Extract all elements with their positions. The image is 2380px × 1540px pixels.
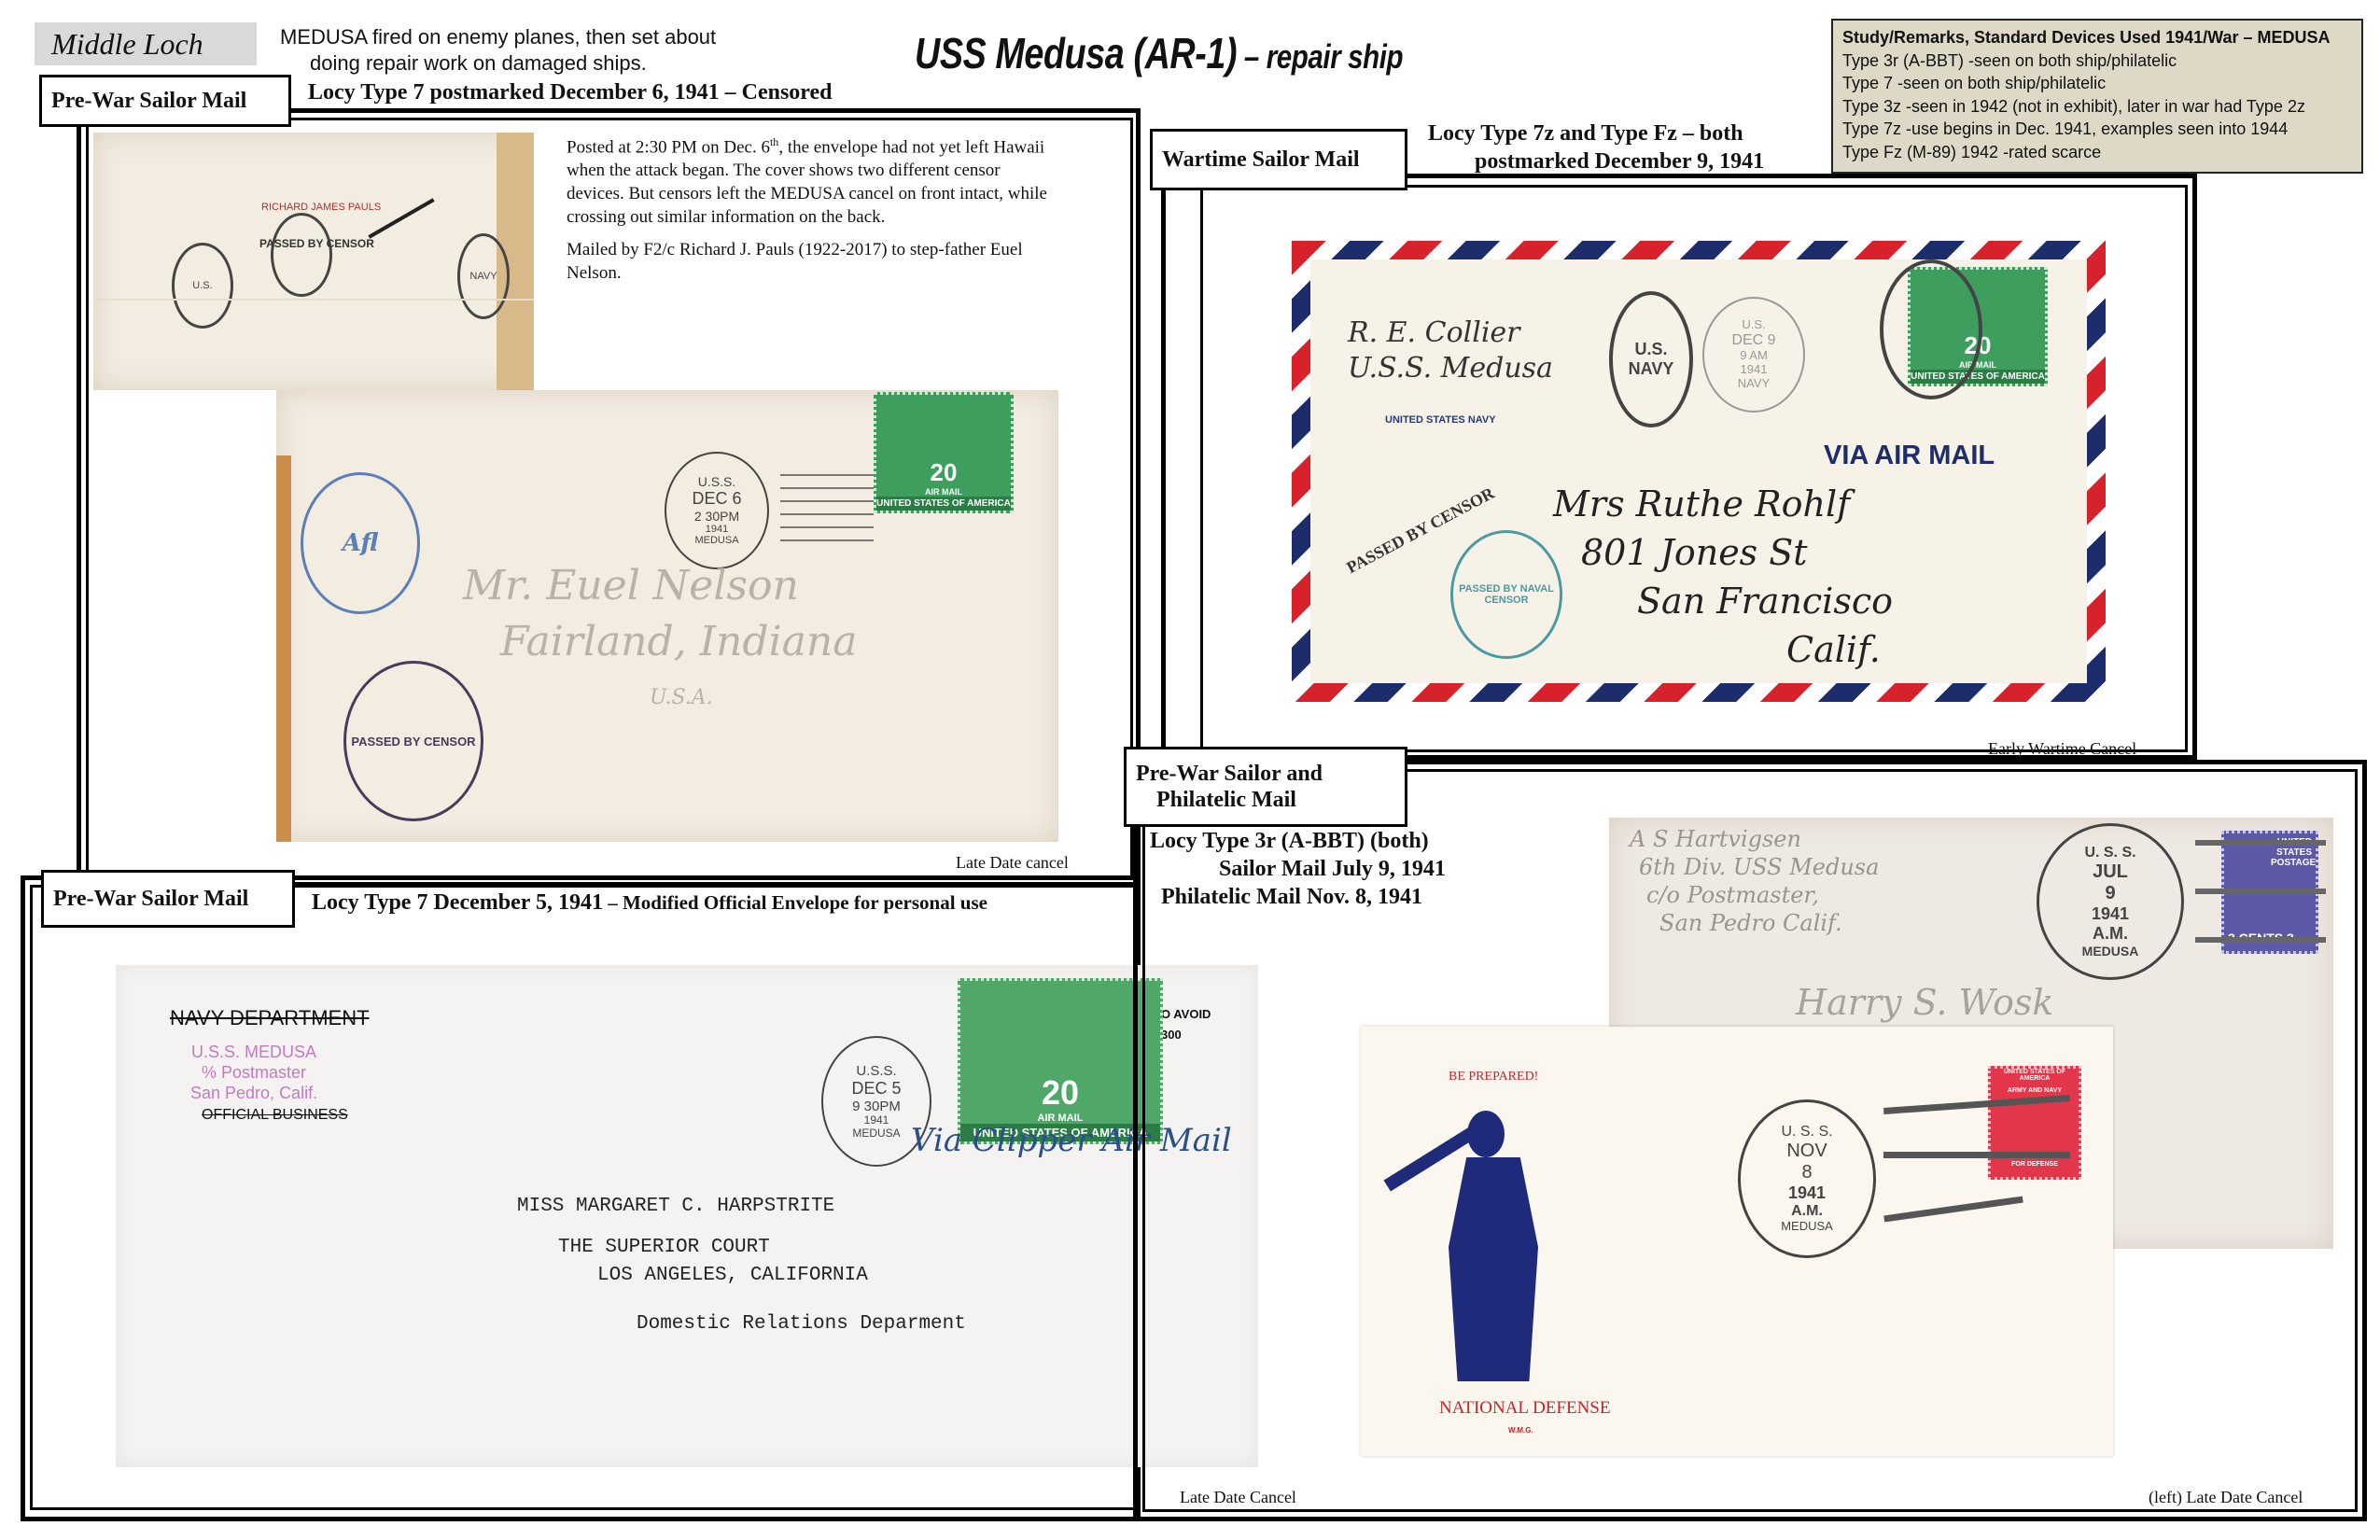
page-title-main: USS Medusa (AR-1) (915, 29, 1237, 77)
section-4-label: Pre-War Sailor and Philatelic Mail (1124, 747, 1407, 827)
medusa-postmark: U. S. S. NOV 8 1941 A.M. MEDUSA (1738, 1099, 1876, 1258)
navy-department: NAVY DEPARTMENT (170, 1006, 370, 1030)
us-navy-ring-over-stamp (1880, 259, 1982, 399)
typed-address: MISS MARGARET C. HARPSTRITE THE SUPERIOR… (517, 1193, 966, 1338)
page-title: USS Medusa (AR-1) – repair ship (915, 28, 1403, 78)
killer-bars (2195, 937, 2326, 943)
november-cover-envelope: BE PREPARED! NATIONAL DEFENSE W.M.G. U. … (1361, 1027, 2113, 1456)
sender-handwritten: R. E. Collier U.S.S. Medusa (1348, 315, 1553, 386)
us-navy-ring: NAVY (457, 233, 510, 319)
airmail-stamp: 20 AIR MAIL UNITED STATES OF AMERICA (958, 978, 1163, 1144)
remarks-box: Study/Remarks, Standard Devices Used 194… (1831, 19, 2363, 174)
remarks-line: Type 7z -use begins in Dec. 1941, exampl… (1842, 118, 2352, 141)
address-handwritten: Mr. Euel Nelson Fairland, Indiana U.S.A. (463, 558, 857, 726)
ship-address: U.S.S. MEDUSA % Postmaster San Pedro, Ca… (190, 1042, 317, 1103)
airmail-envelope: R. E. Collier U.S.S. Medusa UNITED STATE… (1292, 241, 2106, 702)
sender-handwritten: A S Hartvigsen 6th Div. USS Medusa c/o P… (1630, 825, 1879, 937)
us-navy-ring: U.S. (172, 243, 233, 329)
killer-bars (1883, 1197, 2023, 1223)
red-defense-stamp: UNITED STATES OF AMERICA ARMY AND NAVY F… (1988, 1066, 2081, 1180)
cachet-artist: W.M.G. (1508, 1426, 1533, 1435)
front-cover-envelope: 20 AIR MAIL UNITED STATES OF AMERICA U.S… (276, 390, 1058, 842)
page-title-sub: – repair ship (1237, 37, 1403, 76)
naval-censor-mark: Afl (301, 472, 420, 614)
official-envelope: NAVY DEPARTMENT U.S.S. MEDUSA % Postmast… (116, 965, 1258, 1467)
section-1-label: Pre-War Sailor Mail (39, 75, 291, 127)
section-3-label: Pre-War Sailor Mail (41, 870, 295, 928)
section-3-title: Locy Type 7 December 5, 1941 – Modified … (312, 890, 987, 916)
medusa-postmark: U. S. S. JUL 9 1941 A.M. MEDUSA (2037, 823, 2184, 980)
killer-bars (2195, 840, 2326, 846)
killer-bars (1883, 1152, 2070, 1158)
naval-censor-mark: PASSED BY NAVAL CENSOR (1450, 530, 1562, 659)
us-navy-ring (271, 213, 332, 297)
us-navy-ring: U.S. NAVY (1609, 291, 1693, 427)
section-1-description: Posted at 2:30 PM on Dec. 6th, the envel… (567, 131, 1061, 294)
section-1-caption: Late Date cancel (956, 853, 1069, 873)
section-2-title: Locy Type 7z and Type Fz – both postmark… (1428, 119, 1764, 175)
killer-bars (2195, 889, 2326, 894)
navy-postmark: U.S. DEC 9 9 AM 1941 NAVY (1702, 297, 1805, 413)
section-4-caption: (left) Late Date Cancel (2149, 1488, 2303, 1507)
intro-text: MEDUSA fired on enemy planes, then set a… (280, 24, 716, 77)
section-1-title: Locy Type 7 postmarked December 6, 1941 … (308, 80, 833, 105)
return-name: RICHARD JAMES PAULS (261, 202, 381, 213)
official-business: OFFICIAL BUSINESS (202, 1107, 348, 1124)
uncle-sam-cachet (1398, 1083, 1566, 1381)
section-2-caption: Early Wartime Cancel (1988, 739, 2136, 759)
address-handwritten: Mrs Ruthe Rohlf 801 Jones St San Francis… (1553, 480, 1893, 674)
airmail-stamp: 20 AIR MAIL UNITED STATES OF AMERICA (874, 392, 1014, 513)
medusa-postmark: U.S.S. DEC 6 2 30PM 1941 MEDUSA (665, 452, 769, 569)
remarks-line: Type 3z -seen in 1942 (not in exhibit), … (1842, 95, 2352, 119)
remarks-heading: Study/Remarks, Standard Devices Used 194… (1842, 26, 2352, 49)
mailer-note: Mailed by F2/c Richard J. Pauls (1922-20… (567, 238, 1061, 285)
remarks-line: Type Fz (M-89) 1942 -rated scarce (1842, 141, 2352, 164)
back-cover-envelope: RICHARD JAMES PAULS U.S. NAVY PASSED BY … (93, 133, 534, 390)
printed-corner: UNITED STATES NAVY (1385, 414, 1496, 426)
remarks-line: Type 3r (A-BBT) -seen on both ship/phila… (1842, 49, 2352, 73)
addressee-handwritten: Harry S. Wosk (1796, 982, 2053, 1023)
intro-line-1: MEDUSA fired on enemy planes, then set a… (280, 25, 716, 49)
section-4-title: Locy Type 3r (A-BBT) (both) Sailor Mail … (1150, 827, 1446, 911)
cachet-title: NATIONAL DEFENSE (1439, 1398, 1610, 1419)
intro-line-2: doing repair work on damaged ships. (280, 50, 716, 77)
via-air-mail: VIA AIR MAIL (1824, 441, 1995, 471)
location-tag: Middle Loch (35, 22, 257, 65)
censor-text: PASSED BY CENSOR (259, 237, 374, 250)
section-2-label: Wartime Sailor Mail (1150, 129, 1407, 190)
wavy-cancel (780, 469, 874, 553)
remarks-line: Type 7 -seen on both ship/philatelic (1842, 72, 2352, 95)
